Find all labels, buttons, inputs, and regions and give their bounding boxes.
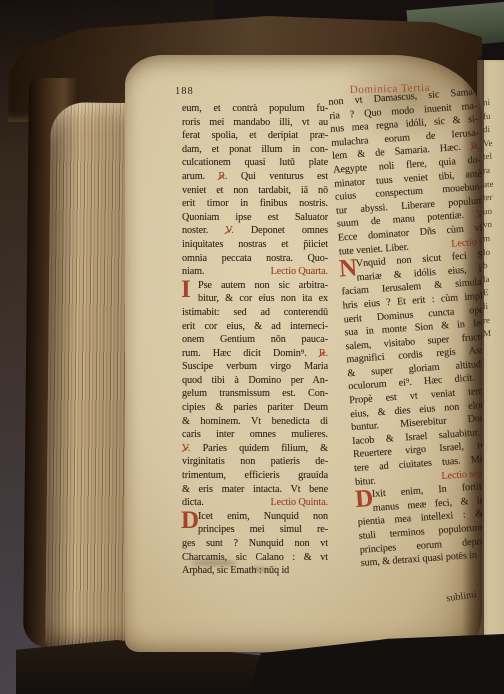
- body-text: Qui venturus est: [228, 171, 328, 182]
- text-line: iniquitates nostras et p̃iiciet: [182, 238, 328, 252]
- text-line: roris mei mandabo illi, vt au: [182, 116, 328, 130]
- body-text: ferat spolia, et deripiat præ-: [182, 130, 328, 141]
- body-text: noster.: [182, 225, 225, 236]
- text-line: trimentum, efficieris grauida: [182, 469, 328, 483]
- body-text: erit timor in finibus nostris.: [182, 198, 328, 209]
- text-line: onem Gentium nōn pauca-: [182, 333, 328, 347]
- page-number: 188: [175, 86, 194, 97]
- text-line: erit timor in finibus nostris.: [182, 197, 328, 211]
- rubric-text: Lectio Quarta.: [271, 265, 328, 279]
- body-text: Pse autem non sic arbitra-: [198, 280, 328, 291]
- body-text: & eris mater intacta. Vt bene: [182, 484, 328, 495]
- text-line: omnia peccata nostra. Quo-: [182, 252, 328, 266]
- text-line: & eris mater intacta. Vt bene: [182, 483, 328, 497]
- text-column-left: eum, et contrà populum fu-roris mei mand…: [182, 102, 328, 578]
- body-text: veniet et non tardabit, iā nō: [182, 185, 328, 196]
- drop-cap: I: [181, 277, 191, 302]
- text-line: ges sunt ? Nunquid non vt: [182, 537, 328, 551]
- text-line: bitur, & cor eius non ita ex: [182, 292, 328, 306]
- body-text: principes mei simul re-: [198, 524, 328, 535]
- body-text: ges sunt ? Nunquid non vt: [182, 538, 328, 549]
- responsory-symbol: R.: [218, 170, 227, 184]
- text-line: cipies & paries pariter Deum: [182, 401, 328, 415]
- body-text: onem Gentium nōn pauca-: [182, 334, 328, 345]
- body-text: virginitatis non patieris de-: [182, 456, 328, 467]
- body-text: roris mei mandabo illi, vt au: [182, 117, 328, 128]
- text-column-right: non vt Damascus, sic Sama-ria ? Quo modo…: [328, 86, 482, 571]
- body-text: & hominem. Vt benedicta di: [182, 416, 328, 427]
- body-text: dam, et ponat illum in con-: [182, 144, 328, 155]
- ink-smudge: [251, 567, 269, 572]
- body-text: trimentum, efficieris grauida: [182, 470, 328, 481]
- body-text: erit cor eius, & ad interneci-: [182, 321, 328, 332]
- body-text: Deponet omnes: [234, 225, 328, 236]
- text-line: arum. R. Qui venturus est: [182, 170, 328, 184]
- body-text: eum, et contrà populum fu-: [182, 103, 328, 114]
- text-line: Suscipe verbum virgo Maria: [182, 360, 328, 374]
- text-line: & hominem. Vt benedicta di: [182, 415, 328, 429]
- body-text: bitur, & cor eius non ita ex: [198, 293, 328, 304]
- text-line: caris inter omnes mulieres.: [182, 428, 328, 442]
- body-text: omnia peccata nostra. Quo-: [182, 253, 328, 264]
- body-text: arum.: [182, 171, 218, 182]
- text-line: V. Paries quidem filium, &: [182, 442, 328, 456]
- body-text: rum. Hæc dicit Domin⁹.: [182, 348, 319, 359]
- drop-cap: D: [354, 486, 374, 512]
- drop-cap: N: [338, 256, 358, 282]
- body-text: gelum transmissum est. Con-: [182, 388, 328, 399]
- text-line: virginitatis non patieris de-: [182, 455, 328, 469]
- text-line: DIcet enim, Nunquid non: [182, 510, 328, 524]
- versicle-symbol: V.: [182, 442, 190, 456]
- body-text: Suscipe verbum virgo Maria: [182, 361, 328, 372]
- body-text: istimabit: sed ad conterendū: [182, 307, 328, 318]
- text-line: quod tibi à Domino per An-: [182, 374, 328, 388]
- drop-cap: D: [181, 508, 199, 533]
- body-text: quod tibi à Domino per An-: [182, 375, 328, 386]
- responsory-symbol: R.: [319, 347, 328, 361]
- body-text: caris inter omnes mulieres.: [182, 429, 328, 440]
- body-text: cipies & paries pariter Deum: [182, 402, 328, 413]
- text-line: erit cor eius, & ad interneci-: [182, 320, 328, 334]
- text-line: eum, et contrà populum fu-: [182, 102, 328, 116]
- versicle-symbol: V.: [225, 224, 233, 238]
- ink-smudge: [191, 560, 237, 566]
- text-line: veniet et non tardabit, iā nō: [182, 184, 328, 198]
- book-page: 188 Dominica Tertia eum, et contrà popul…: [125, 55, 482, 652]
- body-text: iniquitates nostras et p̃iiciet: [182, 239, 328, 250]
- text-line: principes mei simul re-: [182, 523, 328, 537]
- text-line: culcationem quasi lutū plate: [182, 156, 328, 170]
- body-text: Paries quidem filium, &: [190, 443, 328, 454]
- text-line: IPse autem non sic arbitra-: [182, 279, 328, 293]
- body-text: Arphad, sic Emath : nūq id: [182, 565, 289, 576]
- text-line: Quoniam ipse est Saluator: [182, 211, 328, 225]
- text-line: gelum transmissum est. Con-: [182, 387, 328, 401]
- text-line: dicta.Lectio Quinta.: [182, 496, 328, 510]
- text-line: noster. V. Deponet omnes: [182, 224, 328, 238]
- text-line: ferat spolia, et deripiat præ-: [182, 129, 328, 143]
- body-text: Quoniam ipse est Saluator: [182, 212, 328, 223]
- text-line: rum. Hæc dicit Domin⁹. R.: [182, 347, 328, 361]
- text-line: istimabit: sed ad conterendū: [182, 306, 328, 320]
- book-photo: nifudiVetelraateteruovnmloblaElireM 188 …: [0, 0, 504, 694]
- body-text: Icet enim, Nunquid non: [198, 511, 328, 522]
- text-line: dam, et ponat illum in con-: [182, 143, 328, 157]
- text-line: niam.Lectio Quarta.: [182, 265, 328, 279]
- gutter-shadow: [462, 56, 484, 656]
- body-text: culcationem quasi lutū plate: [182, 157, 328, 168]
- rubric-text: Lectio Quinta.: [271, 496, 328, 510]
